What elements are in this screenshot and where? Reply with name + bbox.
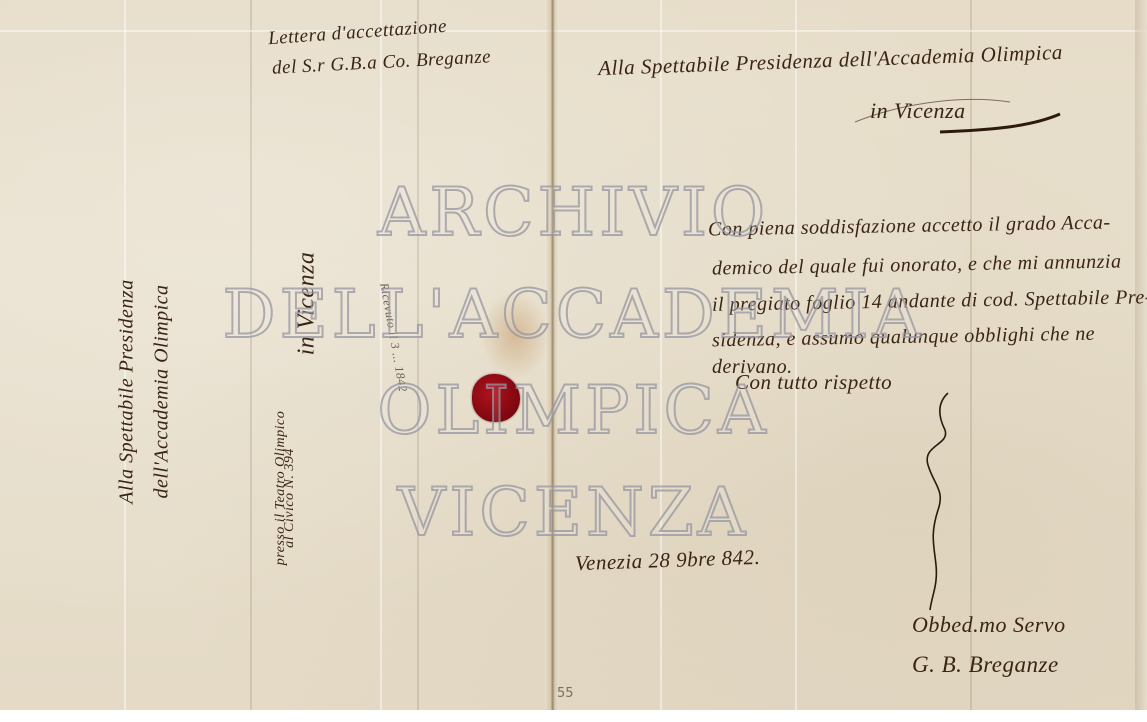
wavy-flourish <box>910 385 970 615</box>
docket-line-1: Lettera d'accettazione <box>267 16 447 50</box>
letter-body-line-2: demico del quale fui onorato, e che mi a… <box>712 250 1122 280</box>
water-stain <box>480 290 550 380</box>
fold-line <box>250 0 252 710</box>
wax-seal <box>472 374 520 422</box>
fold-line <box>0 30 1147 32</box>
fold-line <box>795 0 797 710</box>
page-number: 55 <box>557 686 574 701</box>
outer-address-line-2: dell'Accademia Olimpica <box>151 284 174 498</box>
signature-name: G. B. Breganze <box>912 652 1059 678</box>
outer-address-line-5: in Vicenza <box>293 252 320 356</box>
signature-closing: Obbed.mo Servo <box>912 612 1066 638</box>
letter-body-line-4: sidenza, e assumo qualunque obblighi che… <box>712 323 1095 353</box>
underline-flourish <box>850 92 1070 142</box>
closing-respect: Con tutto rispetto <box>735 370 892 395</box>
letter-sheet: Lettera d'accettazione del S.r G.B.a Co.… <box>0 0 1147 710</box>
fold-line <box>380 0 382 710</box>
outer-address-line-1: Alla Spettabile Presidenza <box>116 279 139 503</box>
fold-line <box>417 0 419 710</box>
letter-body-line-3: il pregiato foglio 14 andante di cod. Sp… <box>712 286 1147 317</box>
fold-line <box>660 0 662 710</box>
paper-edge <box>1135 0 1147 710</box>
date-line: Venezia 28 9bre 842. <box>575 545 761 576</box>
outer-address-line-4: al Civico N. 394 <box>282 448 298 548</box>
letter-body-line-1: Con piena soddisfazione accetto il grado… <box>708 211 1111 241</box>
recipient-address-line-1: Alla Spettabile Presidenza dell'Accademi… <box>598 40 1064 81</box>
center-fold <box>545 0 559 710</box>
